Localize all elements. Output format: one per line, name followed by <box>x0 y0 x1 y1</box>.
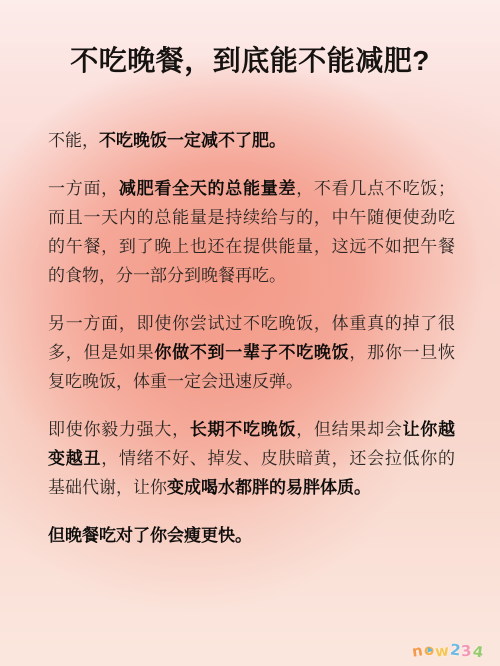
bold-text-run: 你做不到一辈子不吃晚饭 <box>154 343 349 362</box>
play-icon <box>427 647 433 653</box>
text-run: ，但结果却会 <box>296 420 402 439</box>
text-run: 即使你毅力强大， <box>48 420 190 439</box>
watermark: now234 <box>412 642 484 660</box>
paragraph: 不能，不吃晚饭一定减不了肥。 <box>48 126 455 155</box>
poster-page: 不吃晚餐，到底能不能减肥? 不能，不吃晚饭一定减不了肥。一方面，减肥看全天的总能… <box>0 0 500 666</box>
text-run: 不能， <box>48 131 99 150</box>
bold-text-run: 变成喝水都胖的易胖体质。 <box>167 478 371 497</box>
body-text: 不能，不吃晚饭一定减不了肥。一方面，减肥看全天的总能量差，不看几点不吃饭；而且一… <box>0 126 500 550</box>
bold-text-run: 但晚餐吃对了你会瘦更快。 <box>48 526 252 545</box>
paragraph: 即使你毅力强大，长期不吃晚饭，但结果却会让你越变越丑，情绪不好、掉发、皮肤暗黄，… <box>48 415 455 502</box>
watermark-letter: w <box>434 641 450 660</box>
paragraph: 一方面，减肥看全天的总能量差，不看几点不吃饭；而且一天内的总能量是持续给与的，中… <box>48 174 455 290</box>
text-run: 一方面， <box>48 179 119 198</box>
bold-text-run: 不吃晚饭一定减不了肥。 <box>99 131 286 150</box>
watermark-letter: 4 <box>471 642 485 661</box>
bold-text-run: 长期不吃晚饭 <box>190 420 296 439</box>
paragraph: 但晚餐吃对了你会瘦更快。 <box>48 521 455 550</box>
paragraph: 另一方面，即使你尝试过不吃晚饭，体重真的掉了很多，但是如果你做不到一辈子不吃晚饭… <box>48 309 455 396</box>
bold-text-run: 减肥看全天的总能量差 <box>119 179 296 198</box>
page-title: 不吃晚餐，到底能不能减肥? <box>0 0 500 80</box>
